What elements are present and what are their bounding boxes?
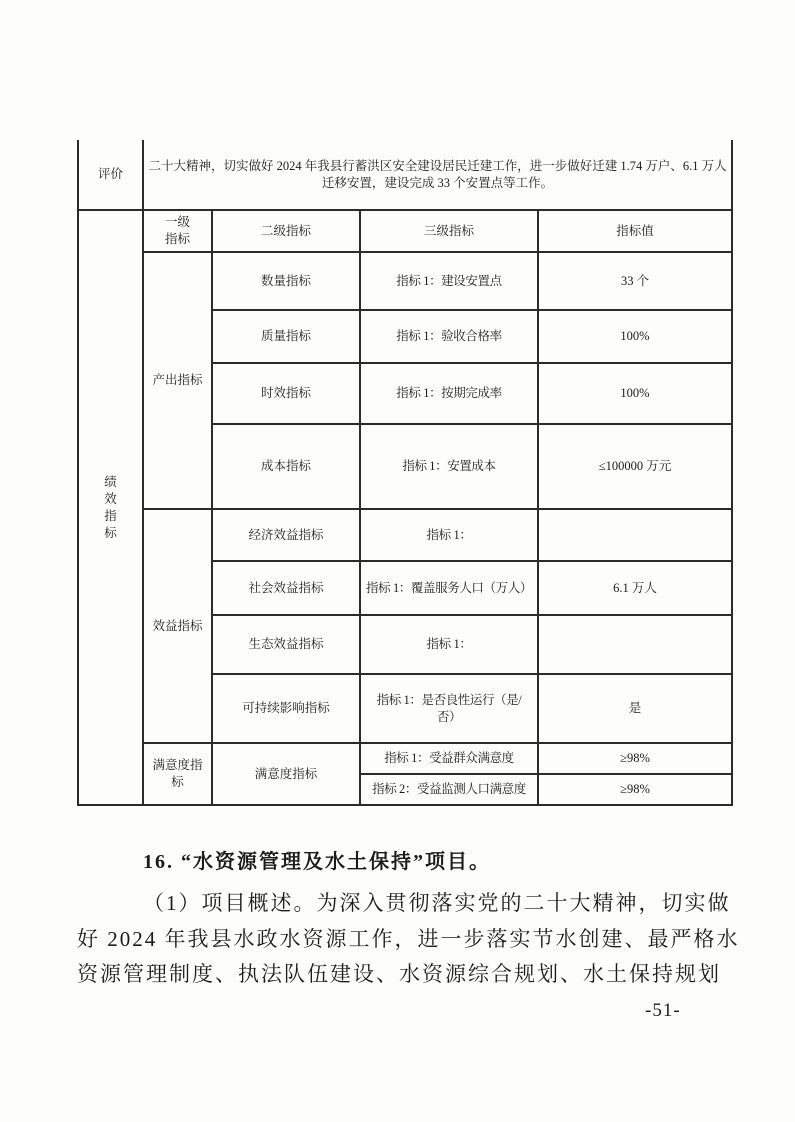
level3-indicator-cell: 指标 1： (360, 615, 538, 674)
level2-indicator-cell: 可持续影响指标 (212, 674, 360, 743)
group-satisfaction-indicators-cell: 满意度指标 (143, 743, 212, 805)
level2-indicator-cell: 数量指标 (212, 252, 360, 310)
paragraph-line: 好 2024 年我县水政水资源工作，进一步落实节水创建、最严格水 (77, 922, 733, 958)
indicator-value-cell: ≤100000 万元 (538, 424, 732, 509)
level3-indicator-cell: 指标 1：建设安置点 (360, 252, 538, 310)
indicator-value-cell (538, 615, 732, 674)
table-header-row: 绩 效 指 标 一级 指标 二级指标 三级指标 指标值 (78, 210, 732, 252)
level3-indicator-cell: 指标 1：是否良性运行（是/ 否） (360, 674, 538, 743)
project-section: 16. “水资源管理及水土保持”项目。 （1）项目概述。为深入贯彻落实党的二十大… (77, 846, 733, 993)
level3-indicator-cell: 指标 2：受益监测人口满意度 (360, 774, 538, 805)
group-output-indicators-cell: 产出指标 (143, 252, 212, 509)
project-overview-paragraph: （1）项目概述。为深入贯彻落实党的二十大精神，切实做 好 2024 年我县水政水… (77, 886, 733, 993)
level3-indicator-cell: 指标 1：验收合格率 (360, 310, 538, 363)
level3-indicator-cell: 指标 1： (360, 509, 538, 561)
level3-indicator-cell: 指标 1：安置成本 (360, 424, 538, 509)
document-page: 评价 二十大精神，切实做好 2024 年我县行蓄洪区安全建设居民迁建工作，进一步… (0, 0, 795, 1122)
level2-indicator-cell: 质量指标 (212, 310, 360, 363)
table-row: 效益指标 经济效益指标 指标 1： (78, 509, 732, 561)
level2-indicator-cell: 经济效益指标 (212, 509, 360, 561)
level2-indicator-cell: 社会效益指标 (212, 561, 360, 615)
performance-indicator-table: 评价 二十大精神，切实做好 2024 年我县行蓄洪区安全建设居民迁建工作，进一步… (77, 140, 733, 806)
indicator-value-cell: 33 个 (538, 252, 732, 310)
header-level1-indicator: 一级 指标 (143, 210, 212, 252)
level2-indicator-cell: 成本指标 (212, 424, 360, 509)
evaluation-text-cell: 二十大精神，切实做好 2024 年我县行蓄洪区安全建设居民迁建工作，进一步做好迁… (143, 140, 732, 210)
level2-indicator-cell: 满意度指标 (212, 743, 360, 805)
level2-indicator-cell: 生态效益指标 (212, 615, 360, 674)
indicator-value-cell: ≥98% (538, 743, 732, 774)
level3-indicator-cell: 指标 1：覆盖服务人口（万人） (360, 561, 538, 615)
evaluation-row: 评价 二十大精神，切实做好 2024 年我县行蓄洪区安全建设居民迁建工作，进一步… (78, 140, 732, 210)
page-number: -51- (645, 1000, 681, 1022)
evaluation-label-cell: 评价 (78, 140, 143, 210)
group-benefit-indicators-cell: 效益指标 (143, 509, 212, 743)
paragraph-line: （1）项目概述。为深入贯彻落实党的二十大精神，切实做 (77, 886, 733, 922)
indicator-value-cell: 100% (538, 363, 732, 424)
level3-indicator-cell: 指标 1：按期完成率 (360, 363, 538, 424)
header-level3-indicator: 三级指标 (360, 210, 538, 252)
paragraph-line: 资源管理制度、执法队伍建设、水资源综合规划、水土保持规划 (77, 957, 733, 993)
kpi-section-label-cell: 绩 效 指 标 (78, 210, 143, 805)
header-indicator-value: 指标值 (538, 210, 732, 252)
level2-indicator-cell: 时效指标 (212, 363, 360, 424)
section-heading: 16. “水资源管理及水土保持”项目。 (77, 846, 733, 878)
indicator-value-cell: ≥98% (538, 774, 732, 805)
level3-indicator-cell: 指标 1：受益群众满意度 (360, 743, 538, 774)
header-level2-indicator: 二级指标 (212, 210, 360, 252)
table-row: 产出指标 数量指标 指标 1：建设安置点 33 个 (78, 252, 732, 310)
indicator-value-cell: 6.1 万人 (538, 561, 732, 615)
indicator-value-cell (538, 509, 732, 561)
indicator-value-cell: 是 (538, 674, 732, 743)
indicator-value-cell: 100% (538, 310, 732, 363)
table-row: 满意度指标 满意度指标 指标 1：受益群众满意度 ≥98% (78, 743, 732, 774)
